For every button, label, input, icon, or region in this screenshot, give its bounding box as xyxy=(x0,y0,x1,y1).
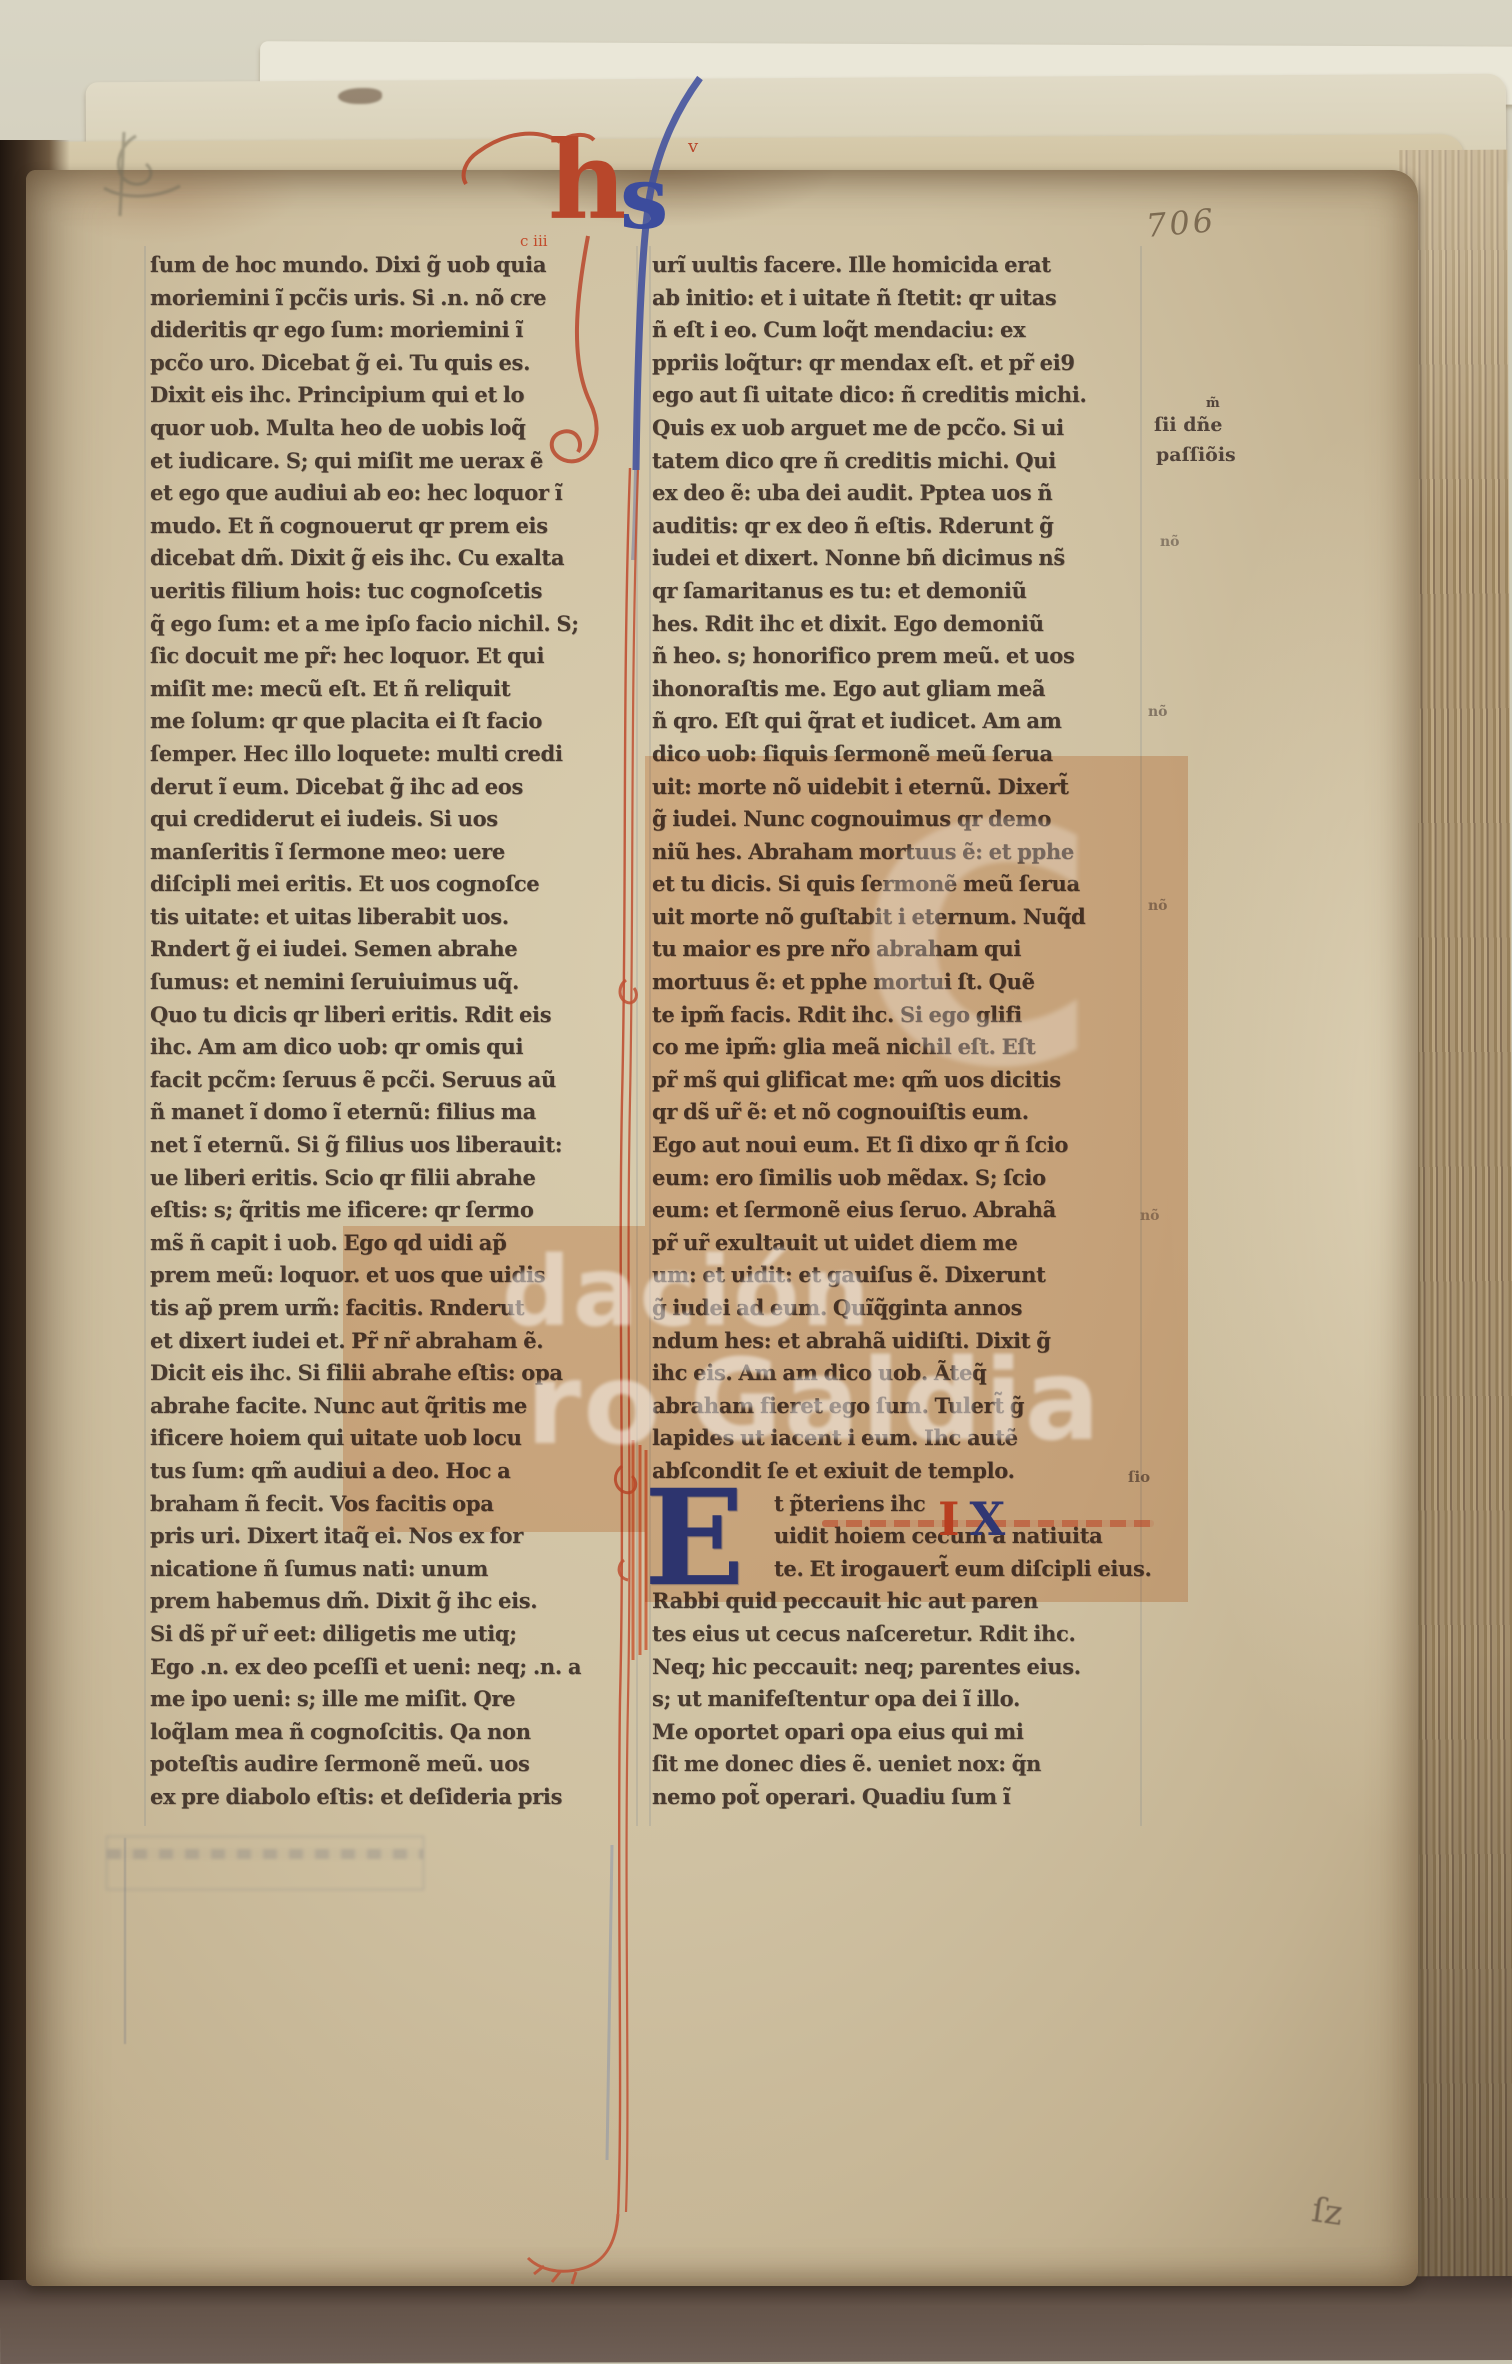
margin-note: m̃ xyxy=(1206,396,1220,411)
folio-number: 706 xyxy=(1144,201,1217,245)
text-line: dideritis qr ego ſum: moriemini ĩ xyxy=(150,313,638,347)
margin-note: nõ xyxy=(1148,704,1168,720)
text-line: et iudicare. S; qui miſit me uerax ẽ xyxy=(150,444,638,478)
text-line: ñ manet ĩ domo ĩ eternũ: filius ma xyxy=(150,1095,638,1129)
watermark-fragment: dación xyxy=(502,1236,872,1348)
text-line: tis uitate: et uitas liberabit uos. xyxy=(150,900,638,934)
text-line: manſeritis ĩ ſermone meo: uere xyxy=(150,835,638,869)
text-line: miſit me: mecũ eſt. Et ñ reliquit xyxy=(150,672,638,706)
stain-speck xyxy=(338,88,382,104)
text-line: ihonoraſtis me. Ego aut gliam meã xyxy=(652,672,1146,706)
text-line: Quo tu dicis qr liberi eritis. Rdit eis xyxy=(150,998,638,1032)
margin-note: nõ xyxy=(1160,534,1180,550)
text-line: hes. Rdit ihc et dixit. Ego demoniũ xyxy=(652,607,1146,641)
text-line: poteſtis audire ſermonẽ meũ. uos xyxy=(150,1747,638,1781)
text-line: ſum de hoc mundo. Dixi g̃ uob quia xyxy=(150,248,638,282)
running-title-h: h xyxy=(548,118,627,244)
text-line: urĩ uultis facere. Ille homicida erat xyxy=(652,248,1146,282)
text-line: ex deo ẽ: uba dei audit. Pptea uos ñ xyxy=(652,476,1146,510)
text-line: mudo. Et ñ cognouerut qr prem eis xyxy=(150,509,638,543)
text-line: derut ĩ eum. Dicebat g̃ ihc ad eos xyxy=(150,770,638,804)
text-line: ueritis filium hois: tuc cognoſcetis xyxy=(150,574,638,608)
text-line: nemo pot̃ operari. Quadiu ſum ĩ xyxy=(652,1780,1146,1814)
text-line: tes eius ut cecus naſceretur. Rdit ihc. xyxy=(652,1617,1146,1651)
corner-ink-squiggle: ſz xyxy=(1309,2190,1345,2234)
text-line: quor uob. Multa heo de uobis loq̃ xyxy=(150,411,638,445)
text-line: tatem dico qre ñ creditis michi. Qui xyxy=(652,444,1146,478)
text-line: diſcipli mei eritis. Et uos cognoſce xyxy=(150,867,638,901)
pencil-mark xyxy=(84,128,194,224)
text-line: qr ſamaritanus es tu: et demoniũ xyxy=(652,574,1146,608)
text-line: Rndert g̃ ei iudei. Semen abrahe xyxy=(150,932,638,966)
text-line: ſit me donec dies ẽ. ueniet nox: q̃n xyxy=(652,1747,1146,1781)
text-line: me ſolum: qr que placita ei ſt facio xyxy=(150,704,638,738)
text-line: dicebat dm̃. Dixit g̃ eis ihc. Cu exalta xyxy=(150,541,638,575)
text-line: ue liberi eritis. Scio qr filii abrahe xyxy=(150,1161,638,1195)
text-line: ego aut ſi uitate dico: ñ creditis michi… xyxy=(652,378,1146,412)
text-line: Me oportet opari opa eius qui mi xyxy=(652,1715,1146,1749)
text-line: qui crediderut ei iudeis. Si uos xyxy=(150,802,638,836)
watermark-fragment: Galdia xyxy=(690,1336,1102,1466)
text-line: ppriis loq̃tur: qr mendax eſt. et pr̃ ei… xyxy=(652,346,1146,380)
text-line: nicatione ñ ſumus nati: unum xyxy=(150,1552,638,1586)
red-foot-scroll xyxy=(528,2214,618,2284)
text-line: q̃ ego ſum: et a me ipſo facio nichil. S… xyxy=(150,607,638,641)
text-line: s; ut manifeſtentur opa dei ĩ illo. xyxy=(652,1682,1146,1716)
text-line: ex pre diabolo eſtis: et deſideria pris xyxy=(150,1780,638,1814)
text-line: me ipo ueni: s; ille me miſit. Qre xyxy=(150,1682,638,1716)
text-line: eſtis: s; q̃ritis me ificere: qr ſermo xyxy=(150,1193,638,1227)
manuscript-photo: h s v c iii 706 ſum de hoc mundo. Dixi g… xyxy=(0,0,1512,2364)
text-line: loq̃lam mea ñ cognoſcitis. Qa non xyxy=(150,1715,638,1749)
text-line: ſumus: et nemini ſeruiuimus uq̃. xyxy=(150,965,638,999)
text-line: Dixit eis ihc. Principium qui et lo xyxy=(150,378,638,412)
text-line: et ego que audiui ab eo: hec loquor ĩ xyxy=(150,476,638,510)
faint-blue-rule xyxy=(607,1845,612,2160)
text-line: ñ qro. Eſt qui q̃rat et iudicet. Am am xyxy=(652,704,1146,738)
text-line: ab initio: et i uitate ñ ſtetit: qr uita… xyxy=(652,281,1146,315)
watermark-fragment: ro xyxy=(526,1340,662,1470)
text-line: Neq; hic peccauit: neq; parentes eius. xyxy=(652,1650,1146,1684)
text-line: moriemini ĩ pcc̃is uris. Si .n. nõ cre xyxy=(150,281,638,315)
text-line: iudei et dixert. Nonne bñ dicimus ns̃ xyxy=(652,541,1146,575)
text-line: prem habemus dm̃. Dixit g̃ ihc eis. xyxy=(150,1584,638,1618)
margin-note: paſſiõis xyxy=(1156,444,1236,466)
text-line: ſemper. Hec illo loquete: multi credi xyxy=(150,737,638,771)
text-line: Quis ex uob arguet me de pcc̃o. Si ui xyxy=(652,411,1146,445)
text-line: auditis: qr ex deo ñ eſtis. Rderunt g̃ xyxy=(652,509,1146,543)
offset-inscription-illegible xyxy=(106,1836,424,1890)
text-line: pcc̃o uro. Dicebat g̃ ei. Tu quis es. xyxy=(150,346,638,380)
offset-ruling-line xyxy=(124,1838,126,2044)
text-line: ihc. Am am dico uob: qr omis qui xyxy=(150,1030,638,1064)
left-text-column: ſum de hoc mundo. Dixi g̃ uob quiamoriem… xyxy=(150,248,638,1813)
margin-note: ſii dñe xyxy=(1154,414,1222,436)
text-line: ſic docuit me pr̃: hec loquor. Et qui xyxy=(150,639,638,673)
text-line: Ego .n. ex deo pceſſi et ueni: neq; .n. … xyxy=(150,1650,638,1684)
red-tick-v: v xyxy=(687,136,699,157)
text-line: net ĩ eternũ. Si g̃ filius uos liberauit… xyxy=(150,1128,638,1162)
text-line: facit pcc̃m: ſeruus ẽ pcc̃i. Seruus aũ xyxy=(150,1063,638,1097)
running-title-s: s xyxy=(620,148,668,249)
watermark-fragment: C xyxy=(856,756,1100,1140)
text-line: ñ heo. s; honorifico prem meũ. et uos xyxy=(652,639,1146,673)
ruling-line xyxy=(144,246,146,1826)
text-line: ñ eſt i eo. Cum loq̃t mendaciu: ex xyxy=(652,313,1146,347)
text-line: Si ds̃ pr̃ ur̃ eet: diligetis me utiq; xyxy=(150,1617,638,1651)
